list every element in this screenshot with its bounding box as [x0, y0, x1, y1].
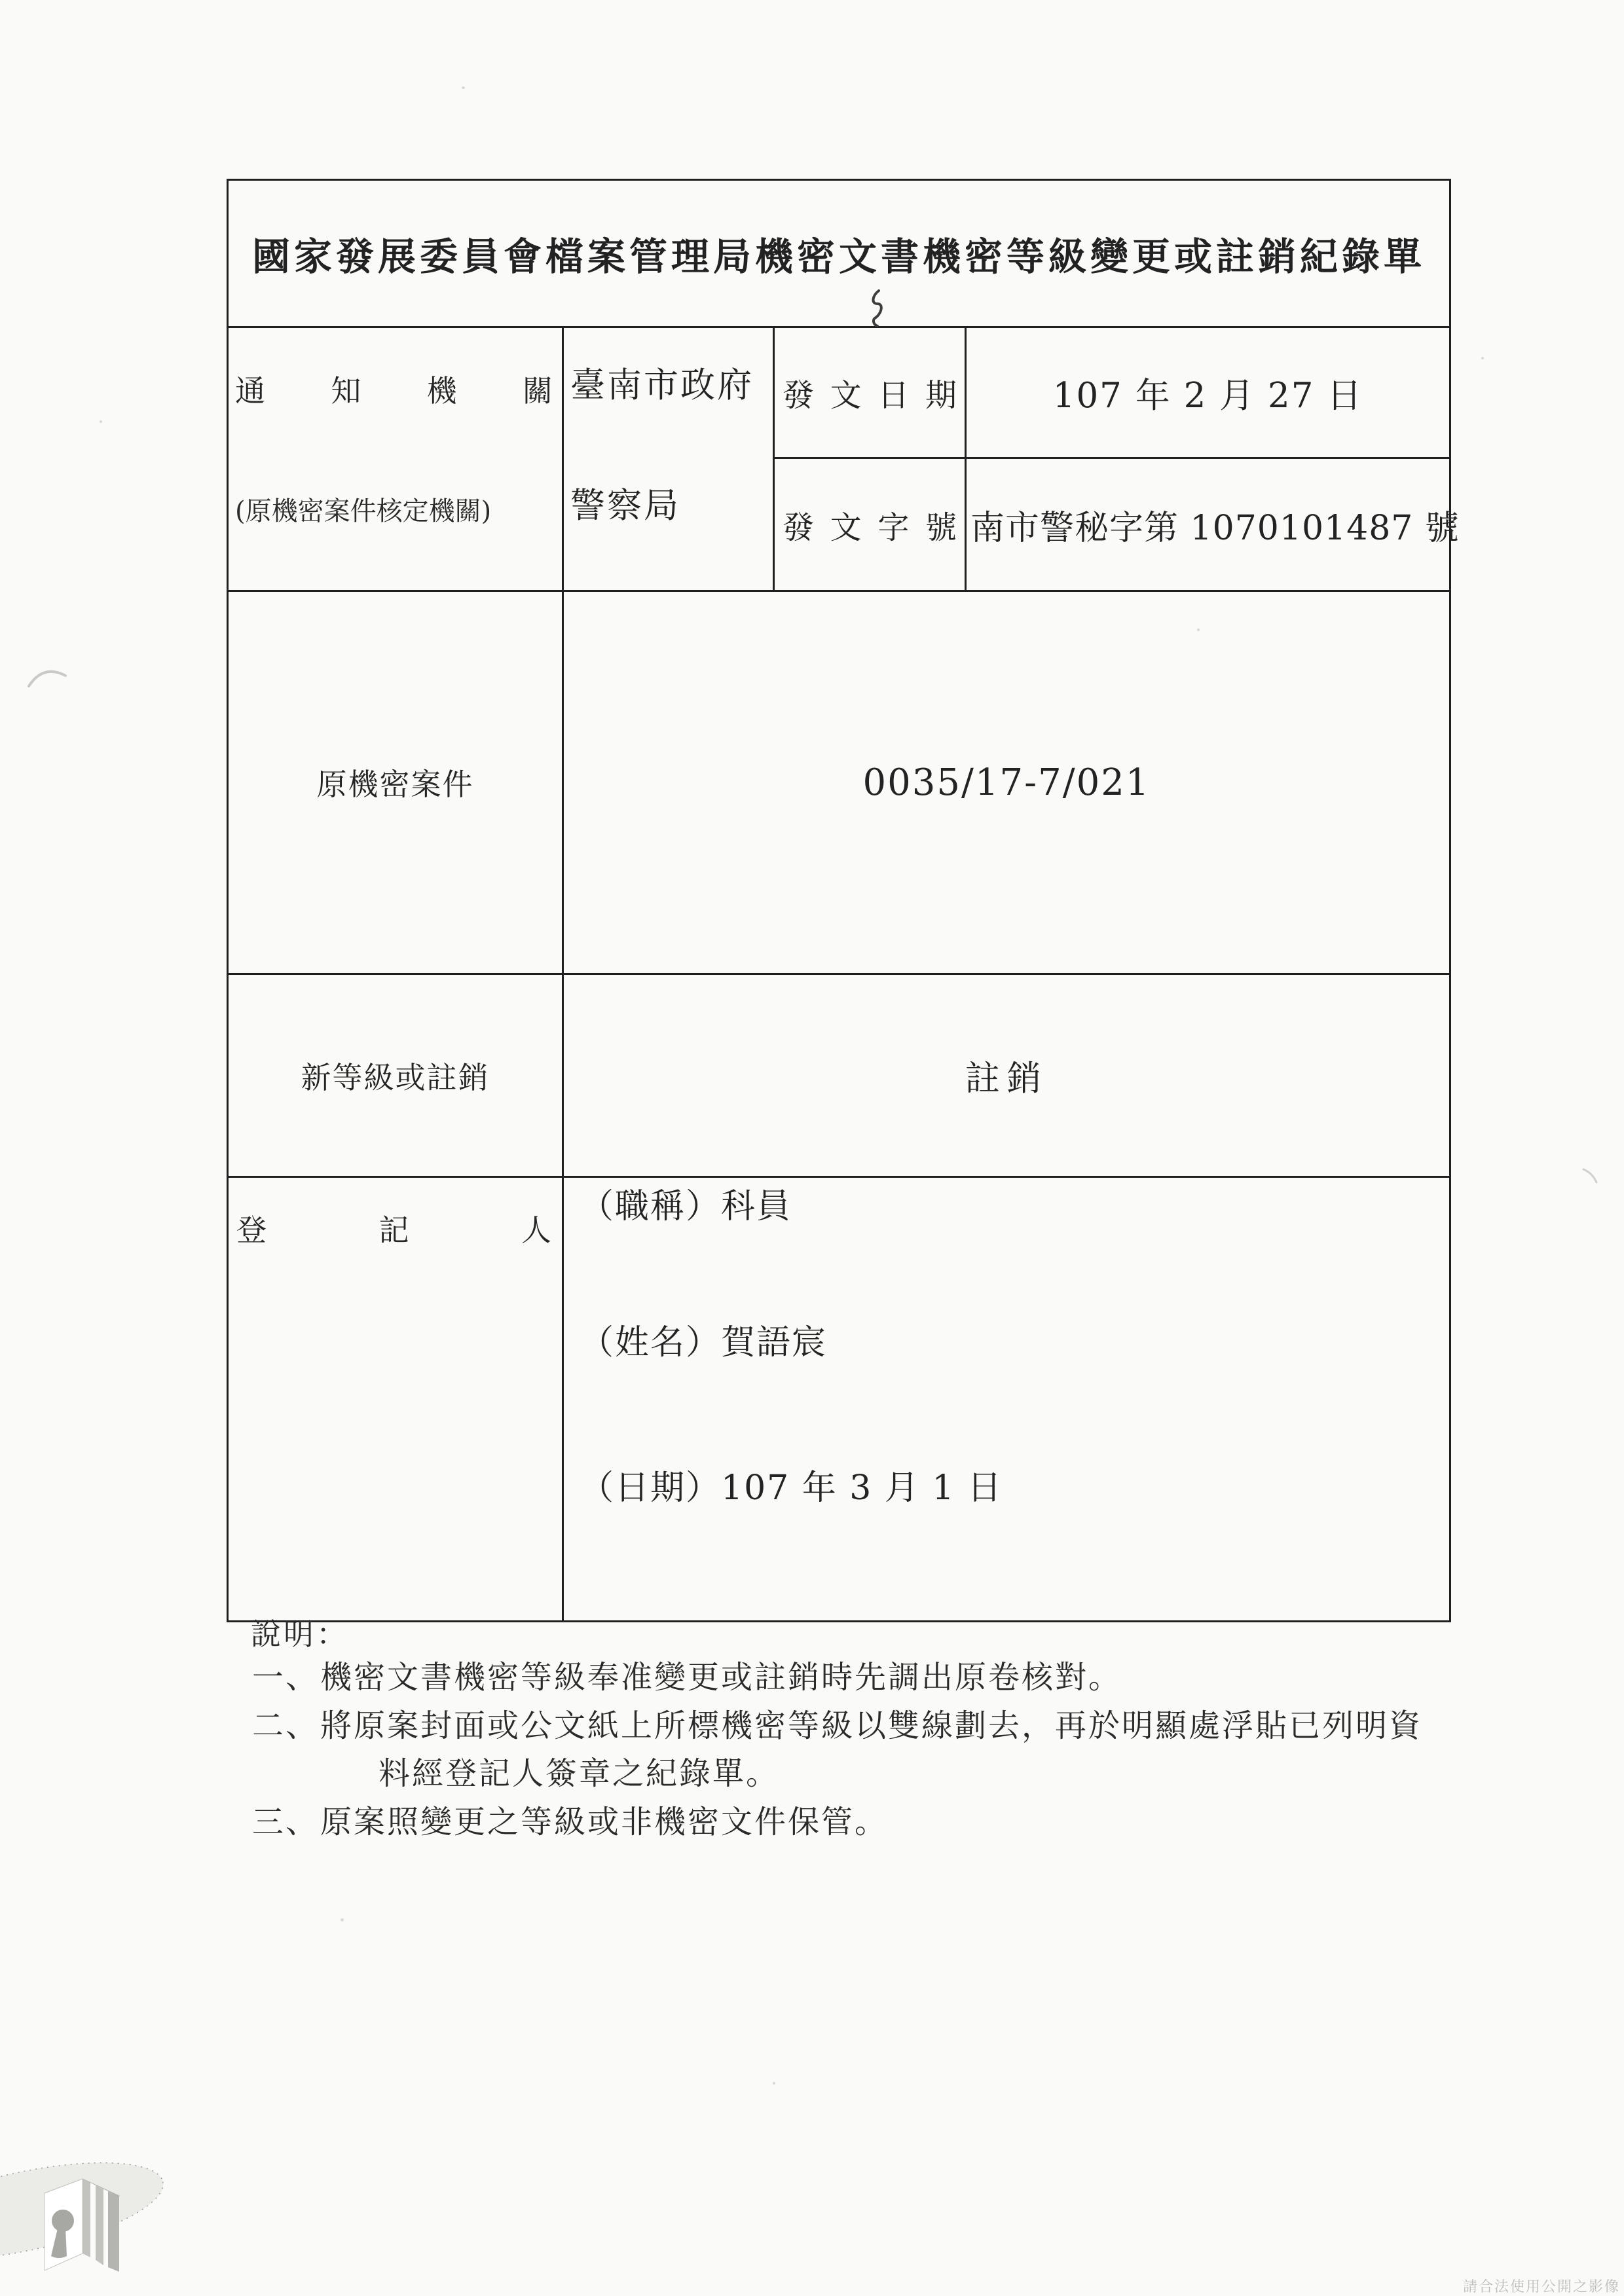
- notify-agency-label-cell: 通知機關 (原機密案件核定機關): [229, 328, 564, 592]
- scan-speck: [341, 1918, 344, 1922]
- issue-number-value-cell: 南市警秘字第 1070101487 號: [967, 459, 1449, 592]
- notes-heading: 說明：: [251, 1611, 349, 1654]
- registrar-label: 登記人: [236, 1207, 553, 1250]
- note-item-2: 二、 將原案封面或公文紙上所標機密等級以雙線劃去，再於明顯處浮貼已列明資: [252, 1707, 1422, 1744]
- scan-speck: [773, 2082, 775, 2085]
- registrar-value-cell: （職稱）科員 （姓名）賀語宸 （日期）107 年 3 月 1 日: [564, 1178, 1449, 1620]
- note-2-continuation-text: 料經登記人簽章之紀錄單。: [378, 1755, 779, 1792]
- new-level-value-cell: 註銷: [564, 975, 1449, 1178]
- original-case-value-cell: 0035/17-7/021: [564, 592, 1449, 975]
- notify-agency-value-cell: 臺南市政府 警察局: [564, 328, 775, 592]
- usage-note-watermark: 請合法使用公開之影像: [1463, 2276, 1620, 2296]
- faint-arc-artifact: [26, 666, 69, 693]
- registrar-date-line: （日期）107 年 3 月 1 日: [580, 1470, 1449, 1506]
- registrar-label-cell: 登記人: [229, 1178, 564, 1620]
- issue-date-value: 107 年 2 月 27 日: [1053, 368, 1363, 418]
- archives-book-glyph: [45, 2179, 119, 2272]
- notify-agency-sublabel: (原機密案件核定機關): [235, 490, 554, 528]
- note-item-3: 三、 原案照變更之等級或非機密文件保管。: [252, 1804, 888, 1840]
- note-2-text: 將原案封面或公文紙上所標機密等級以雙線劃去，再於明顯處浮貼已列明資: [320, 1707, 1422, 1744]
- scan-speck: [1481, 357, 1484, 359]
- issue-number-value: 南市警秘字第 1070101487 號: [970, 500, 1460, 549]
- faint-tick-artifact: [1579, 1164, 1602, 1186]
- original-case-label: 原機密案件: [317, 761, 474, 804]
- issue-number-label-cell: 發文字號: [775, 459, 967, 592]
- scan-speck: [462, 86, 465, 89]
- new-level-label: 新等級或註銷: [301, 1054, 490, 1097]
- record-form-table: 國家發展委員會檔案管理局機密文書機密等級變更或註銷紀錄單 通知機關 (原機密案件…: [227, 179, 1451, 1622]
- original-case-number: 0035/17-7/021: [863, 761, 1151, 804]
- archives-logo-watermark: [0, 2118, 183, 2296]
- notify-agency-label: 通知機關: [235, 367, 554, 410]
- new-level-label-cell: 新等級或註銷: [229, 975, 564, 1178]
- registrar-name-line: （姓名）賀語宸: [580, 1324, 1449, 1361]
- issue-date-label: 發文日期: [783, 370, 957, 415]
- registrar-title-line: （職稱）科員: [580, 1188, 1449, 1225]
- scan-speck: [100, 420, 102, 423]
- note-1-text: 機密文書機密等級奉准變更或註銷時先調出原卷核對。: [320, 1659, 1122, 1696]
- form-title-cell: 國家發展委員會檔案管理局機密文書機密等級變更或註銷紀錄單: [229, 181, 1449, 328]
- new-level-value: 註銷: [965, 1051, 1048, 1101]
- note-2-number: 二、: [252, 1707, 319, 1744]
- note-item-2-continuation: 料經登記人簽章之紀錄單。: [378, 1755, 779, 1792]
- agency-name-line1: 臺南市政府: [570, 367, 769, 404]
- original-case-label-cell: 原機密案件: [229, 592, 564, 975]
- scanned-document-page: { "header": { "title": "國家發展委員會檔案管理局機密文書…: [0, 0, 1624, 2296]
- note-3-text: 原案照變更之等級或非機密文件保管。: [320, 1804, 888, 1840]
- issue-date-value-cell: 107 年 2 月 27 日: [967, 328, 1449, 459]
- issue-date-label-cell: 發文日期: [775, 328, 967, 459]
- note-1-number: 一、: [252, 1659, 319, 1696]
- form-title: 國家發展委員會檔案管理局機密文書機密等級變更或註銷紀錄單: [252, 226, 1426, 281]
- issue-number-label: 發文字號: [783, 502, 957, 547]
- note-3-number: 三、: [252, 1804, 319, 1840]
- note-item-1: 一、 機密文書機密等級奉准變更或註銷時先調出原卷核對。: [252, 1659, 1122, 1696]
- agency-name-line2: 警察局: [570, 488, 769, 524]
